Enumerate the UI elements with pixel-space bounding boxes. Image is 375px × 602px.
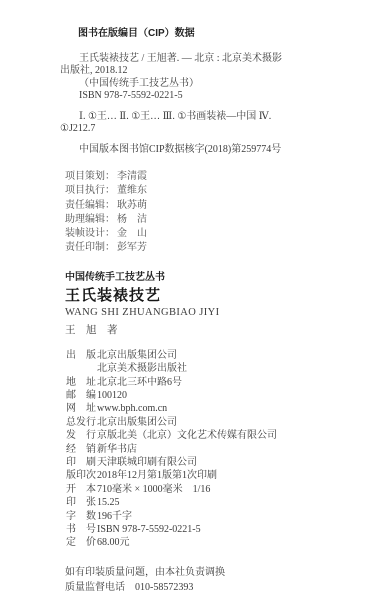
staff-person-name: 耿苏萌: [117, 200, 147, 211]
staff-person-name: 杨 洁: [117, 214, 147, 225]
publication-row: 经 销新华书店: [66, 443, 355, 456]
publication-row: 字 数196千字: [66, 510, 355, 523]
publication-value: 68.00元: [97, 537, 130, 548]
staff-row: 装帧设计：金 山: [65, 227, 345, 241]
staff-role-label: 项目策划：: [65, 171, 115, 182]
publication-label: 发 行: [66, 429, 97, 442]
cip-bib-line: 王氏装裱技艺 / 王旭著. — 北京 : 北京美术摄影: [60, 53, 345, 66]
staff-person-name: 彭军芳: [117, 242, 147, 253]
publication-label: 地 址: [66, 376, 97, 389]
cip-class-line: ①J212.7: [60, 123, 345, 136]
publication-value: 100120: [97, 390, 127, 401]
publication-row: 书 号ISBN 978-7-5592-0221-5: [66, 523, 355, 536]
publication-label: 网 址: [66, 402, 97, 415]
staff-credits-list: 项目策划：李清霞 项目执行：董维东 责任编辑：耿苏萌 助理编辑：杨 洁 装帧设计…: [65, 170, 345, 256]
staff-person-name: 董维东: [117, 185, 147, 196]
publication-value: www.bph.com.cn: [97, 403, 167, 414]
publication-row: 版印次2018年12月第1版第1次印刷: [66, 469, 355, 482]
cip-block: 图书在版编目（CIP）数据 王氏装裱技艺 / 王旭著. — 北京 : 北京美术摄…: [60, 28, 345, 156]
publication-value: 北京美术摄影出版社: [97, 363, 187, 374]
notice-line-2: 质量监督电话 010-58572393: [65, 580, 345, 595]
publication-value: ISBN 978-7-5592-0221-5: [97, 524, 201, 535]
publication-row: 网 址www.bph.com.cn: [66, 402, 355, 415]
publication-label: 经 销: [66, 443, 97, 456]
publication-label: 开 本: [66, 483, 97, 496]
book-title: 王氏装裱技艺: [65, 287, 345, 304]
publication-value: 新华书店: [97, 444, 137, 455]
publication-row: 印 张15.25: [66, 496, 355, 509]
publication-row: 印 刷天津联城印刷有限公司: [66, 456, 355, 469]
publication-row: 地 址北京北三环中路6号: [66, 376, 355, 389]
publication-row: 开 本710毫米 × 1000毫米 1/16: [66, 483, 355, 496]
publication-value: 京版北美（北京）文化艺术传媒有限公司: [97, 430, 277, 441]
staff-row: 责任编辑：耿苏萌: [65, 199, 345, 213]
staff-row: 责任印制：彭军芳: [65, 241, 345, 255]
publication-label: 定 价: [66, 536, 97, 549]
publication-row: 出 版北京出版集团公司: [66, 349, 355, 362]
publication-label: 邮 编: [66, 389, 97, 402]
publication-row: 发 行京版北美（北京）文化艺术传媒有限公司: [66, 429, 355, 442]
staff-person-name: 金 山: [117, 228, 147, 239]
staff-role-label: 责任印制：: [65, 242, 115, 253]
publication-value: 北京出版集团公司: [97, 417, 177, 428]
publication-label: 字 数: [66, 510, 97, 523]
series-name: 中国传统手工技艺丛书: [65, 272, 345, 284]
cip-bibliographic-entry: 王氏装裱技艺 / 王旭著. — 北京 : 北京美术摄影出版社, 2018.12: [60, 53, 345, 78]
publication-value: 北京出版集团公司: [97, 350, 177, 361]
publication-label: 版印次: [66, 469, 97, 482]
staff-row: 项目执行：董维东: [65, 184, 345, 198]
publication-value: 天津联城印刷有限公司: [97, 457, 197, 468]
cip-heading: 图书在版编目（CIP）数据: [60, 28, 345, 41]
publication-label: 印 张: [66, 496, 97, 509]
staff-role-label: 装帧设计：: [65, 228, 115, 239]
publication-value: 北京北三环中路6号: [97, 377, 182, 388]
cip-series-note: （中国传统手工技艺丛书）: [60, 78, 345, 91]
publication-value: 15.25: [97, 497, 120, 508]
publication-value: 710毫米 × 1000毫米 1/16: [97, 484, 210, 495]
author-line: 王 旭 著: [65, 324, 345, 337]
staff-role-label: 项目执行：: [65, 185, 115, 196]
staff-person-name: 李清霞: [117, 171, 147, 182]
publication-value: 196千字: [97, 511, 132, 522]
cip-record-number: 中国版本图书馆CIP数据核字(2018)第259774号: [60, 144, 345, 157]
cip-classification: Ⅰ. ①王… Ⅱ. ①王… Ⅲ. ①书画装裱—中国 Ⅳ.①J212.7: [60, 111, 345, 136]
staff-role-label: 责任编辑：: [65, 200, 115, 211]
publication-label: 印 刷: [66, 456, 97, 469]
cip-isbn: ISBN 978-7-5592-0221-5: [60, 90, 345, 103]
quality-notice: 如有印装质量问题，由本社负责调换 质量监督电话 010-58572393: [65, 565, 345, 595]
publication-label: 总发行: [66, 416, 97, 429]
cip-class-line: Ⅰ. ①王… Ⅱ. ①王… Ⅲ. ①书画装裱—中国 Ⅳ.: [60, 111, 345, 124]
cip-bib-line: 出版社, 2018.12: [60, 65, 345, 78]
staff-row: 助理编辑：杨 洁: [65, 213, 345, 227]
publication-label: 出 版: [66, 349, 97, 362]
title-block: 中国传统手工技艺丛书 王氏装裱技艺 WANG SHI ZHUANGBIAO JI…: [65, 272, 345, 337]
notice-line-1: 如有印装质量问题，由本社负责调换: [65, 565, 345, 580]
publication-info: 出 版北京出版集团公司 北京美术摄影出版社 地 址北京北三环中路6号 邮 编10…: [66, 349, 355, 550]
staff-role-label: 助理编辑：: [65, 214, 115, 225]
publication-row: 总发行北京出版集团公司: [66, 416, 355, 429]
publication-value: 2018年12月第1版第1次印刷: [97, 470, 217, 481]
publication-row: 定 价68.00元: [66, 536, 355, 549]
staff-row: 项目策划：李清霞: [65, 170, 345, 184]
book-copyright-page: 图书在版编目（CIP）数据 王氏装裱技艺 / 王旭著. — 北京 : 北京美术摄…: [0, 0, 375, 602]
publication-row: 邮 编100120: [66, 389, 355, 402]
publication-row: 北京美术摄影出版社: [66, 362, 355, 375]
publication-label: 书 号: [66, 523, 97, 536]
title-pinyin: WANG SHI ZHUANGBIAO JIYI: [65, 306, 345, 319]
